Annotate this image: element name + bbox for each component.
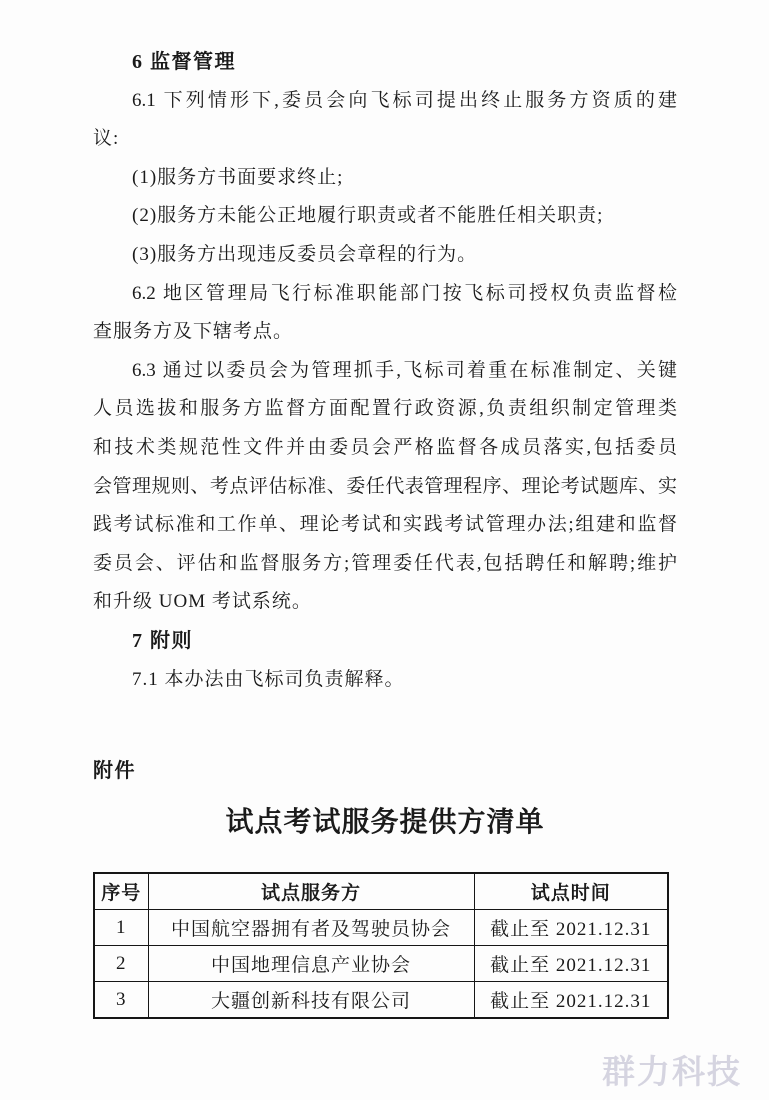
- appendix-title: 试点考试服务提供方清单: [93, 806, 677, 840]
- table-row: 3 大疆创新科技有限公司 截止至 2021.12.31: [94, 982, 668, 1019]
- para-6-2-line-2: 查服务方及下辖考点。: [93, 313, 677, 352]
- pilot-providers-table: 序号 试点服务方 试点时间 1 中国航空器拥有者及驾驶员协会 截止至 2021.…: [93, 872, 669, 1019]
- para-6-1-line-2: 议:: [93, 120, 677, 159]
- cell-time: 截止至 2021.12.31: [474, 946, 668, 982]
- watermark: 群力科技: [602, 1046, 742, 1093]
- heading-section-7: 7 附则: [93, 622, 677, 661]
- cell-provider: 中国地理信息产业协会: [148, 946, 474, 982]
- column-header-provider: 试点服务方: [148, 873, 474, 910]
- column-header-index: 序号: [94, 873, 148, 910]
- heading-section-6: 6 监督管理: [93, 43, 677, 82]
- list-item-1: (1)服务方书面要求终止;: [93, 159, 677, 198]
- table-row: 2 中国地理信息产业协会 截止至 2021.12.31: [94, 946, 668, 982]
- para-6-3-line-5: 践考试标准和工作单、理论考试和实践考试管理办法;组建和监督: [93, 506, 677, 545]
- para-6-3-line-3: 和技术类规范性文件并由委员会严格监督各成员落实,包括委员: [93, 429, 677, 468]
- para-7-1: 7.1 本办法由飞标司负责解释。: [93, 661, 677, 700]
- para-6-3-line-2: 人员选拔和服务方监督方面配置行政资源,负责组织制定管理类: [93, 390, 677, 429]
- list-item-2: (2)服务方未能公正地履行职责或者不能胜任相关职责;: [93, 197, 677, 236]
- cell-provider: 中国航空器拥有者及驾驶员协会: [148, 910, 474, 946]
- cell-index: 3: [94, 982, 148, 1019]
- cell-index: 2: [94, 946, 148, 982]
- list-item-3: (3)服务方出现违反委员会章程的行为。: [93, 236, 677, 275]
- cell-index: 1: [94, 910, 148, 946]
- cell-time: 截止至 2021.12.31: [474, 910, 668, 946]
- para-6-3-line-4: 会管理规则、考点评估标准、委任代表管理程序、理论考试题库、实: [93, 468, 677, 507]
- para-6-3-line-1: 6.3 通过以委员会为管理抓手,飞标司着重在标准制定、关键: [93, 352, 677, 391]
- body-text: 6 监督管理 6.1 下列情形下,委员会向飞标司提出终止服务方资质的建 议: (…: [93, 43, 677, 699]
- column-header-time: 试点时间: [474, 873, 668, 910]
- appendix-label: 附件: [93, 754, 136, 783]
- document-page: 6 监督管理 6.1 下列情形下,委员会向飞标司提出终止服务方资质的建 议: (…: [0, 0, 769, 1100]
- para-6-1-line-1: 6.1 下列情形下,委员会向飞标司提出终止服务方资质的建: [93, 82, 677, 121]
- para-6-3-line-6: 委员会、评估和监督服务方;管理委任代表,包括聘任和解聘;维护: [93, 545, 677, 584]
- cell-provider: 大疆创新科技有限公司: [148, 982, 474, 1019]
- para-6-3-line-7: 和升级 UOM 考试系统。: [93, 583, 677, 622]
- table-header-row: 序号 试点服务方 试点时间: [94, 873, 668, 910]
- table-row: 1 中国航空器拥有者及驾驶员协会 截止至 2021.12.31: [94, 910, 668, 946]
- para-6-2-line-1: 6.2 地区管理局飞行标准职能部门按飞标司授权负责监督检: [93, 275, 677, 314]
- cell-time: 截止至 2021.12.31: [474, 982, 668, 1019]
